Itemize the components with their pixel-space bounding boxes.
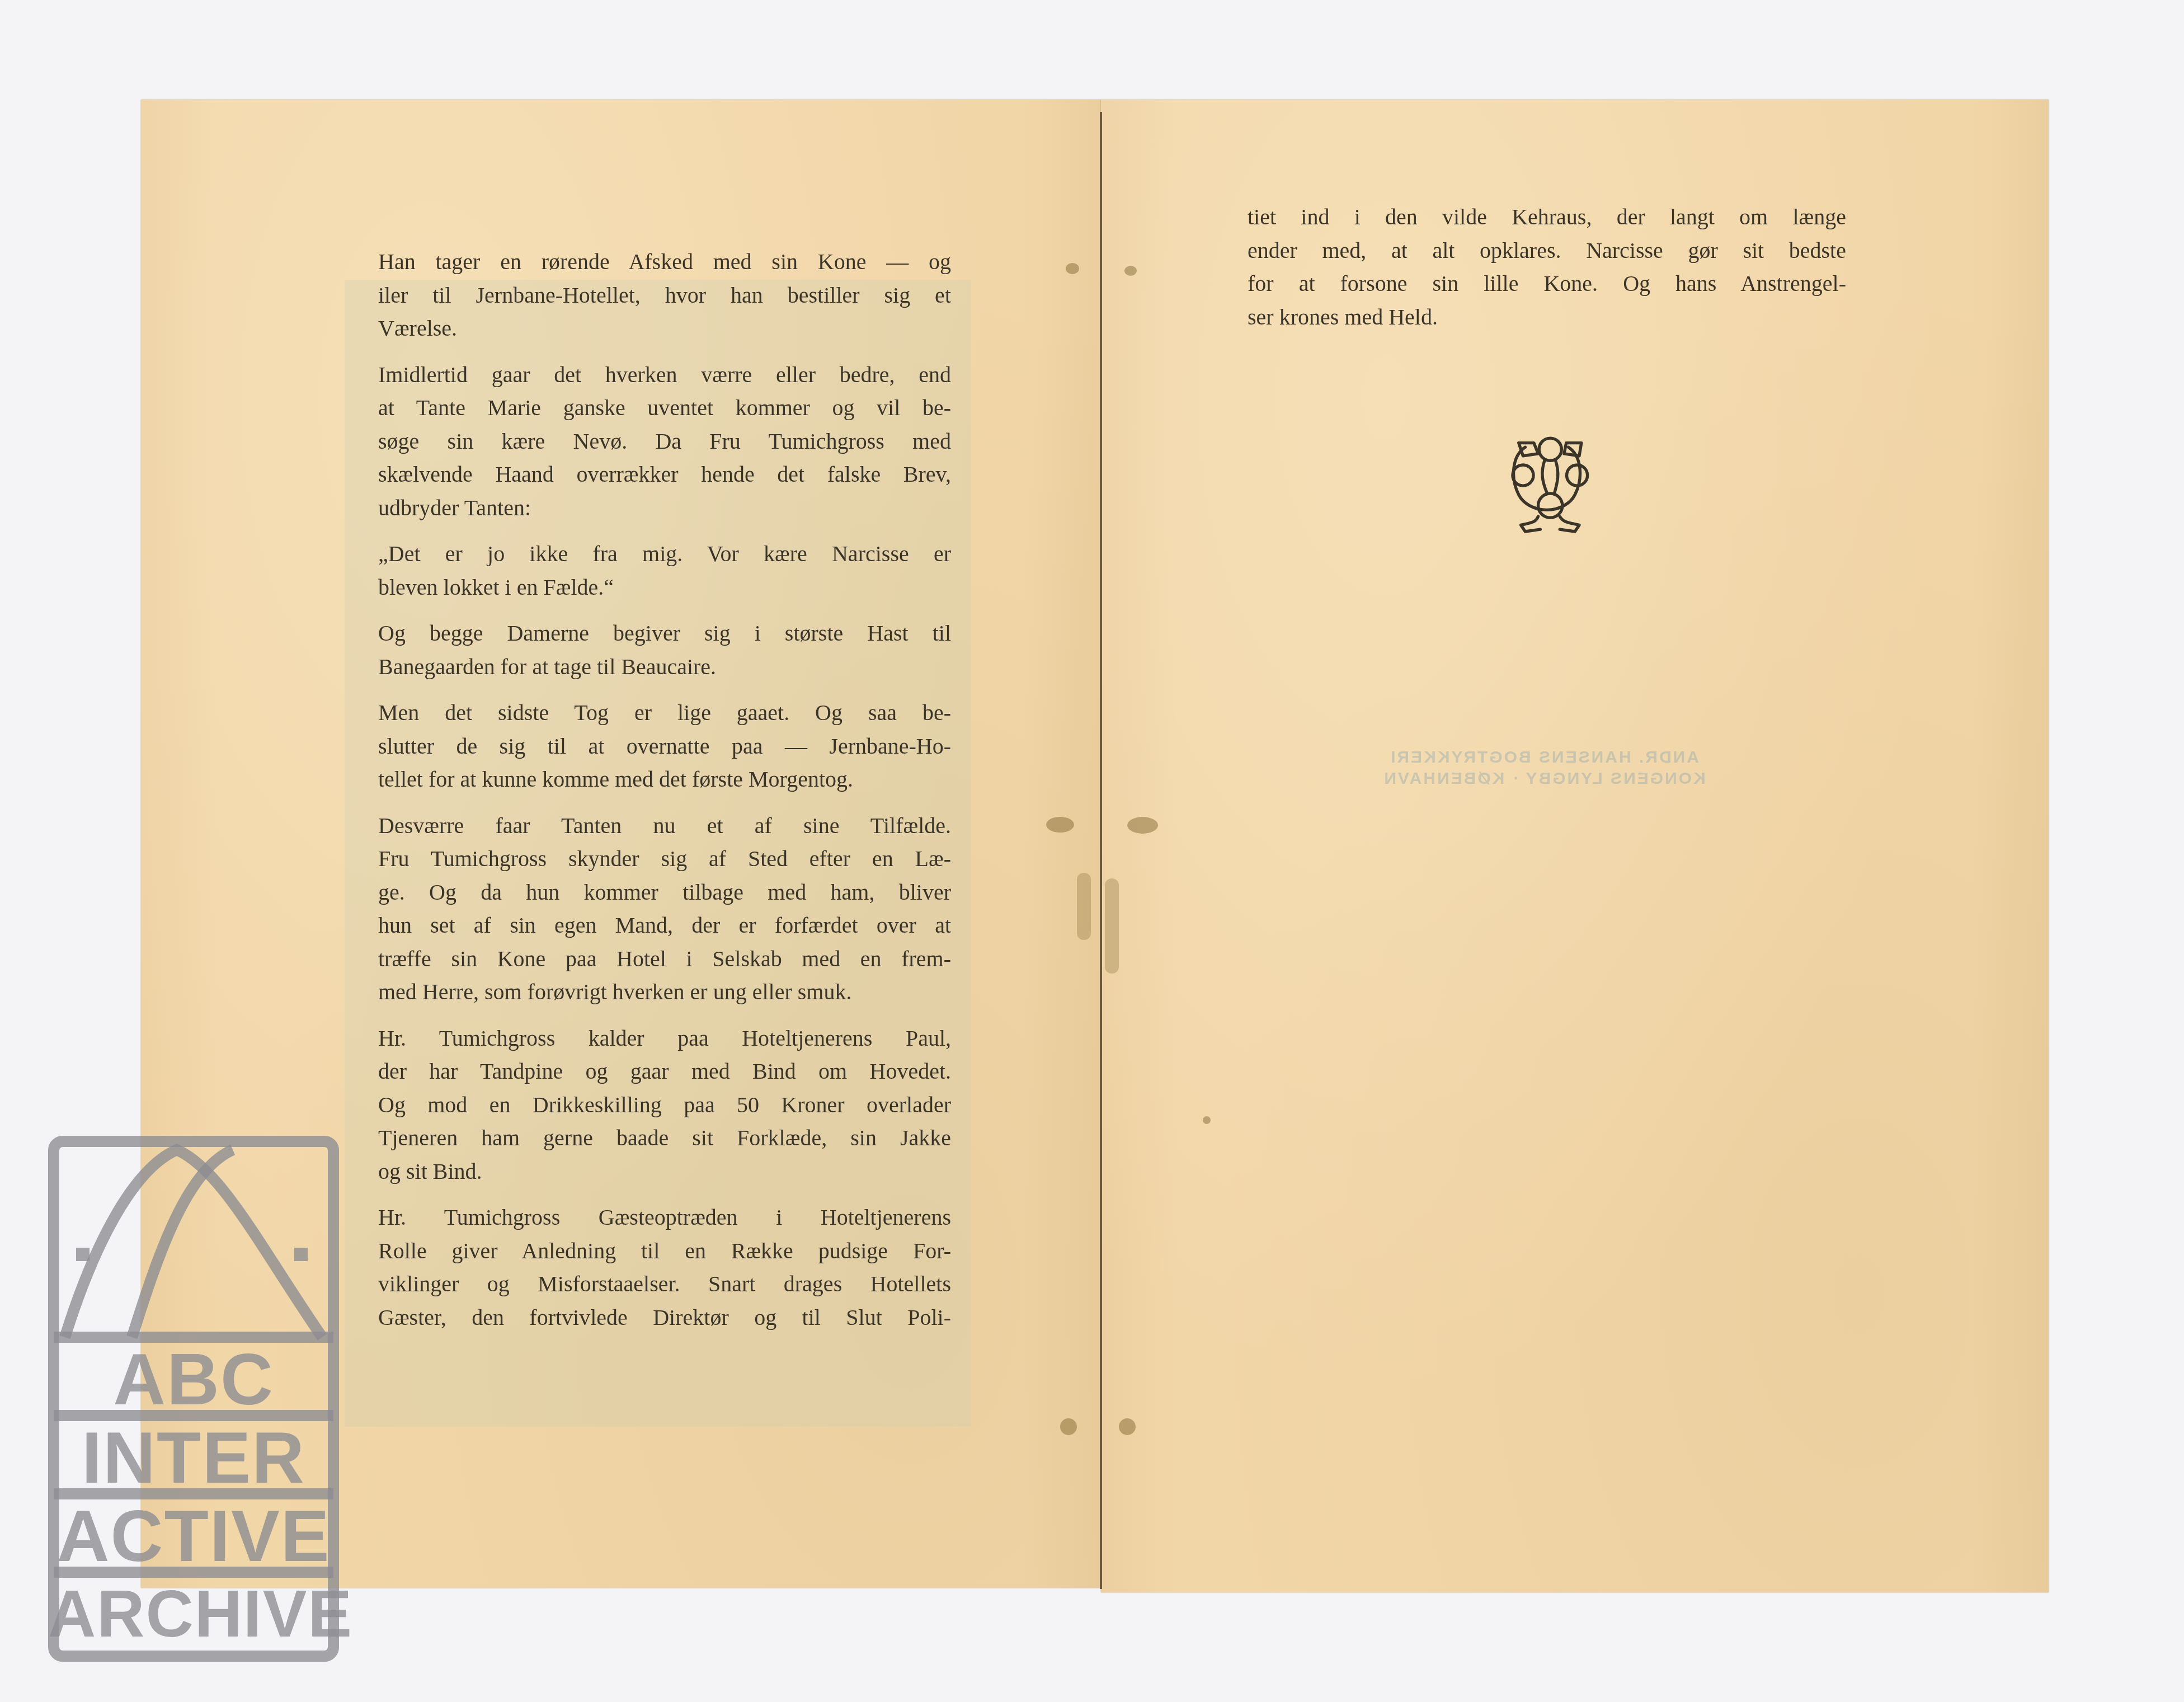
right-page-text: tiet ind i den vilde Kehraus, der langt … — [1248, 200, 1846, 346]
paragraph: „Det er jo ikke fra mig. Vor kære Narcis… — [352, 537, 951, 604]
staple-stain — [1127, 817, 1158, 834]
paragraph: Hr. Tumichgross Gæsteoptræden i Hoteltje… — [352, 1201, 951, 1334]
water-stain — [1105, 878, 1119, 974]
spine-fold — [1100, 112, 1102, 1589]
left-page-text: Han tager en rørende Afsked med sin Kone… — [352, 245, 951, 1347]
staple-stain — [1046, 817, 1074, 833]
paragraph: Men det sidste Tog er lige gaaet. Og saa… — [352, 696, 951, 796]
abc-interactive-archive-watermark: ABC INTER ACTIVE ARCHIVE — [48, 1136, 339, 1662]
staple-stain — [1124, 266, 1137, 276]
spot — [1203, 1116, 1211, 1124]
water-stain — [1077, 873, 1091, 940]
staple-stain — [1060, 1418, 1077, 1435]
paragraph: Imidlertid gaar det hverken værre eller … — [352, 358, 951, 525]
paragraph: Og begge Damerne begiver sig i største H… — [352, 617, 951, 683]
staple-stain — [1066, 263, 1079, 274]
staple-stain — [1119, 1418, 1136, 1435]
paragraph: Hr. Tumichgross kalder paa Hoteltjeneren… — [352, 1022, 951, 1188]
mirrored-printer-stamp: ANDR. HANSENS BOGTRYKKERI KONGENS LYNGBY… — [1371, 747, 1717, 792]
paragraph: tiet ind i den vilde Kehraus, der langt … — [1248, 200, 1846, 333]
wreath-ornament-icon — [1499, 425, 1594, 543]
paragraph: Desværre faar Tanten nu et af sine Tilfæ… — [352, 809, 951, 1009]
paragraph: Han tager en rørende Afsked med sin Kone… — [352, 245, 951, 345]
